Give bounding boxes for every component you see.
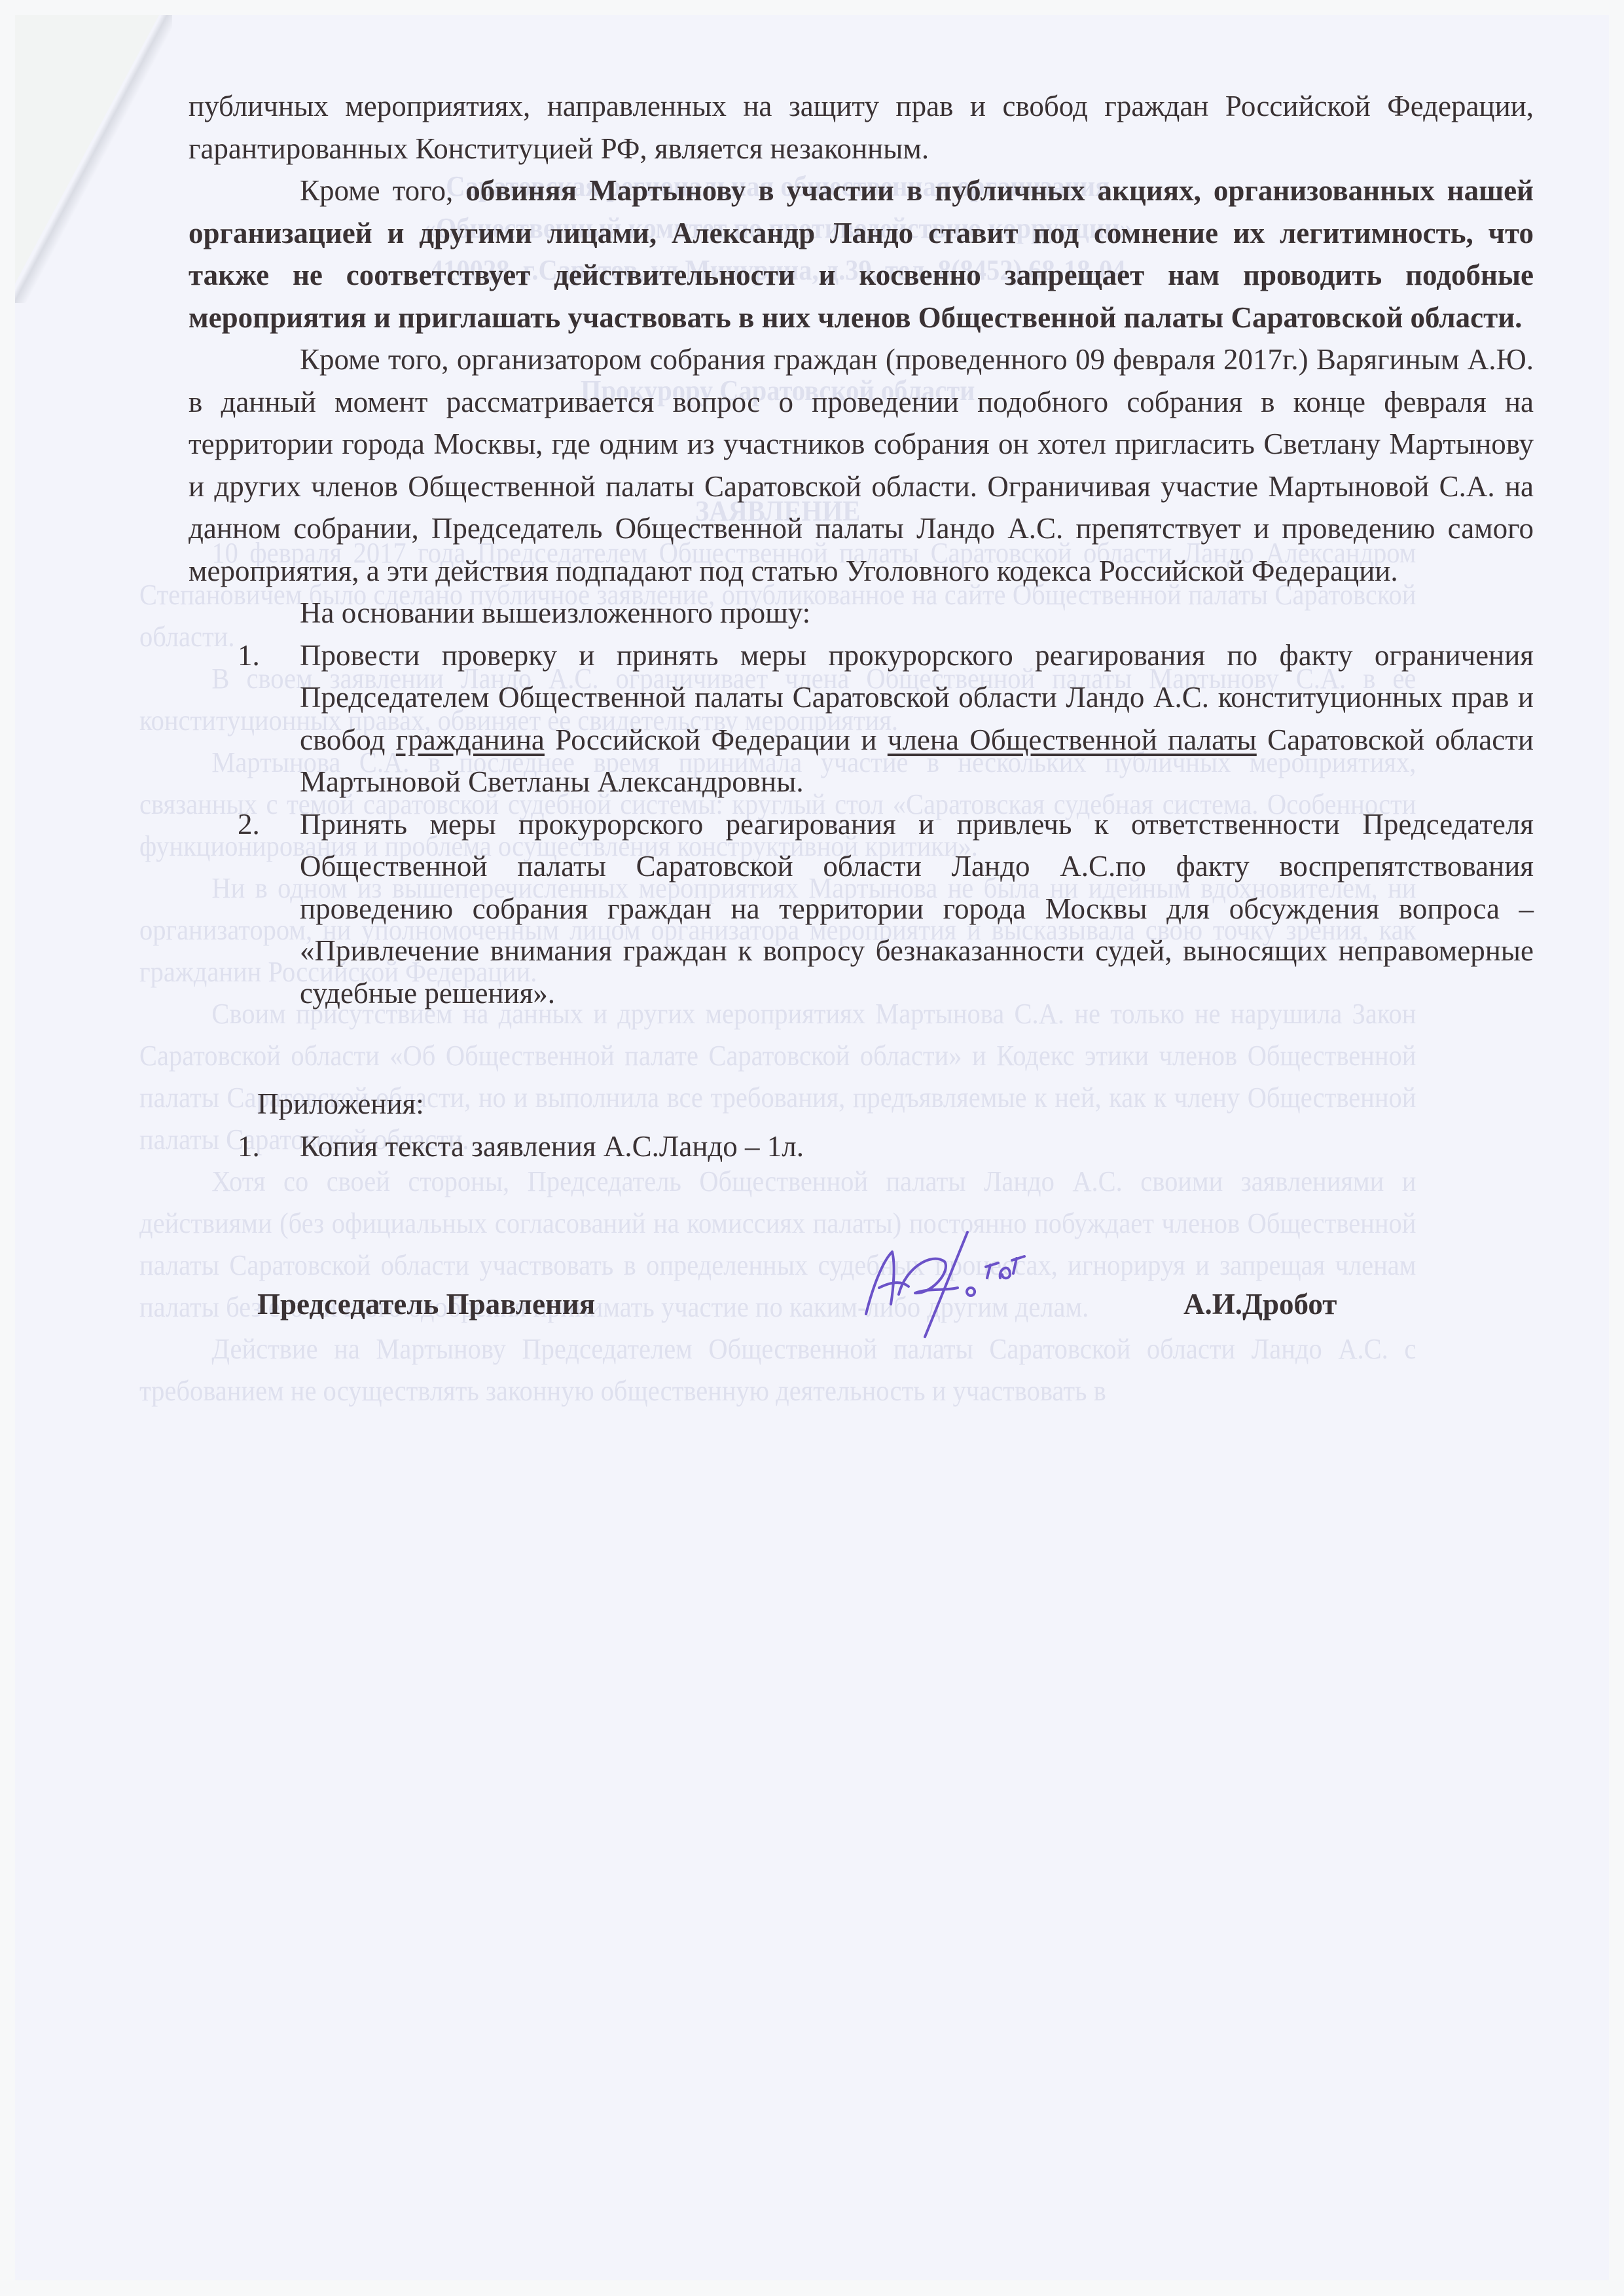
request-text: Принять меры прокурорского реагирования … bbox=[300, 808, 1534, 1010]
attachment-item: 1. Копия текста заявления А.С.Ландо – 1л… bbox=[189, 1125, 1534, 1168]
attachments-heading: Приложения: bbox=[189, 1083, 1534, 1125]
folded-corner bbox=[15, 15, 159, 283]
request-item: 1. Провести проверку и принять меры прок… bbox=[189, 634, 1534, 803]
paragraph-accusation: Кроме того, обвиняя Мартынову в участии … bbox=[189, 170, 1534, 338]
scanned-page: Саратовская региональная общественная ор… bbox=[15, 15, 1609, 2280]
list-number: 2. bbox=[238, 803, 260, 846]
handwritten-signature-icon bbox=[853, 1216, 1049, 1347]
signature-block: Председатель Правления А.И.Дробот bbox=[189, 1278, 1534, 1343]
paragraph-meeting: Кроме того, организатором собрания гражд… bbox=[189, 338, 1534, 592]
list-number: 1. bbox=[238, 634, 260, 677]
request-list: 1. Провести проверку и принять меры прок… bbox=[189, 634, 1534, 1015]
request-item: 2. Принять меры прокурорского реагирован… bbox=[189, 803, 1534, 1015]
paragraph-unlawful: публичных мероприятиях, направленных на … bbox=[189, 85, 1534, 170]
paragraph-request-intro: На основании вышеизложенного прошу: bbox=[189, 592, 1534, 634]
underlined-text: гражданина bbox=[396, 723, 545, 756]
request-text: Российской Федерации и bbox=[545, 723, 888, 756]
attachments-list: 1. Копия текста заявления А.С.Ландо – 1л… bbox=[189, 1125, 1534, 1168]
signatory-name: А.И.Дробот bbox=[1183, 1283, 1337, 1326]
letter-body: публичных мероприятиях, направленных на … bbox=[189, 85, 1534, 1343]
underlined-text: члена Общественной палаты bbox=[888, 723, 1257, 756]
signatory-title: Председатель Правления bbox=[257, 1283, 595, 1326]
paragraph-lead: Кроме того, bbox=[300, 174, 465, 207]
attachment-text: Копия текста заявления А.С.Ландо – 1л. bbox=[300, 1130, 804, 1163]
list-number: 1. bbox=[238, 1125, 260, 1168]
